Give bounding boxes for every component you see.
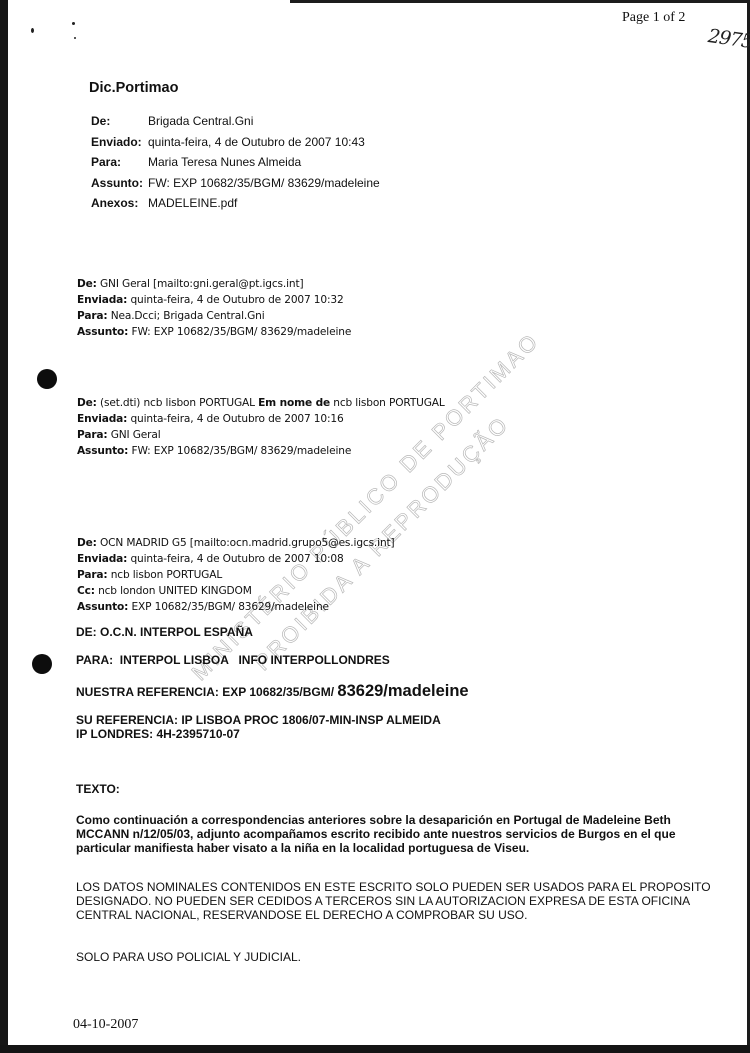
forwarded-header-1: De: GNI Geral [mailto:gni.geral@pt.igcs.…	[77, 276, 351, 340]
header-row-subject: Assunto: FW: EXP 10682/35/BGM/ 83629/mad…	[91, 173, 380, 194]
scan-speck	[74, 37, 76, 39]
fwd-label: Assunto:	[77, 601, 128, 613]
memo-to: PARA: INTERPOL LISBOA INFO INTERPOLLONDR…	[76, 653, 390, 667]
memo-your-reference: SU REFERENCIA: IP LISBOA PROC 1806/07-MI…	[76, 713, 441, 727]
memo-our-reference: NUESTRA REFERENCIA: EXP 10682/35/BGM/ 83…	[76, 682, 469, 701]
attachment-link[interactable]: MADELEINE.pdf	[148, 193, 237, 214]
fwd-label: Enviada:	[77, 553, 127, 565]
fwd-to: ncb lisbon PORTUGAL	[111, 569, 222, 581]
mailbox-title: Dic.Portimao	[89, 80, 178, 96]
fwd-cc: ncb london UNITED KINGDOM	[98, 585, 252, 597]
fwd-on-behalf: ncb lisbon PORTUGAL	[333, 397, 444, 409]
fwd-to: Nea.Dcci; Brigada Central.Gni	[111, 310, 265, 322]
memo-usage-notice: SOLO PARA USO POLICIAL Y JUDICIAL.	[76, 950, 716, 964]
fwd-from: (set.dti) ncb lisbon PORTUGAL	[100, 397, 255, 409]
header-row-to: Para: Maria Teresa Nunes Almeida	[91, 152, 380, 173]
header-row-from: De: Brigada Central.Gni	[91, 111, 380, 132]
header-row-attachments: Anexos: MADELEINE.pdf	[91, 193, 380, 214]
fwd-sent: quinta-feira, 4 de Outubro de 2007 10:16	[130, 413, 343, 425]
fwd-label: Para:	[77, 429, 108, 441]
fwd-to: GNI Geral	[111, 429, 161, 441]
memo-disclaimer: LOS DATOS NOMINALES CONTENIDOS EN ESTE E…	[76, 880, 716, 922]
memo-from: DE: O.C.N. INTERPOL ESPAÑA	[76, 625, 253, 639]
header-value-subject: FW: EXP 10682/35/BGM/ 83629/madeleine	[148, 173, 380, 194]
fwd-from: OCN MADRID G5 [mailto:ocn.madrid.grupo5@…	[100, 537, 395, 549]
fwd-label: Para:	[77, 569, 108, 581]
our-ref-emphasis: 83629/madeleine	[337, 682, 468, 700]
fwd-sent: quinta-feira, 4 de Outubro de 2007 10:32	[130, 294, 343, 306]
fwd-subject: EXP 10682/35/BGM/ 83629/madeleine	[132, 601, 329, 613]
memo-ip-londres: IP LONDRES: 4H-2395710-07	[76, 727, 240, 741]
scan-speck	[72, 22, 75, 25]
header-label: Assunto:	[91, 173, 148, 194]
fwd-subject: FW: EXP 10682/35/BGM/ 83629/madeleine	[132, 326, 352, 338]
forwarded-header-2: De: (set.dti) ncb lisbon PORTUGAL Em nom…	[77, 395, 445, 459]
fwd-label: De:	[77, 397, 97, 409]
header-label: Enviado:	[91, 132, 148, 153]
fwd-subject: FW: EXP 10682/35/BGM/ 83629/madeleine	[132, 445, 352, 457]
footer-date: 04-10-2007	[73, 1017, 138, 1033]
header-value-to: Maria Teresa Nunes Almeida	[148, 152, 301, 173]
hole-punch	[32, 654, 52, 674]
fwd-label: Assunto:	[77, 445, 128, 457]
hole-punch	[37, 369, 57, 389]
forwarded-header-3: De: OCN MADRID G5 [mailto:ocn.madrid.gru…	[77, 535, 395, 615]
memo-body: Como continuación a correspondencias ant…	[76, 813, 716, 855]
header-label: Para:	[91, 152, 148, 173]
email-header-block: De: Brigada Central.Gni Enviado: quinta-…	[91, 111, 380, 214]
header-label: Anexos:	[91, 193, 148, 214]
fwd-sent: quinta-feira, 4 de Outubro de 2007 10:08	[130, 553, 343, 565]
handwritten-page-number: 2975	[707, 25, 750, 53]
our-ref-prefix: NUESTRA REFERENCIA: EXP 10682/35/BGM/	[76, 685, 334, 699]
fwd-label: Enviada:	[77, 294, 127, 306]
memo-texto-label: TEXTO:	[76, 782, 120, 796]
fwd-label: Para:	[77, 310, 108, 322]
scan-edge-left	[0, 0, 8, 1053]
header-label: De:	[91, 111, 148, 132]
header-value-sent: quinta-feira, 4 de Outubro de 2007 10:43	[148, 132, 365, 153]
fwd-label: De:	[77, 278, 97, 290]
scan-edge-top	[290, 0, 750, 3]
scan-speck	[31, 28, 34, 33]
page-indicator: Page 1 of 2	[622, 10, 685, 26]
fwd-label: Cc:	[77, 585, 95, 597]
fwd-label: Assunto:	[77, 326, 128, 338]
header-row-sent: Enviado: quinta-feira, 4 de Outubro de 2…	[91, 132, 380, 153]
fwd-from: GNI Geral [mailto:gni.geral@pt.igcs.int]	[100, 278, 304, 290]
fwd-label: De:	[77, 537, 97, 549]
fwd-label: Enviada:	[77, 413, 127, 425]
header-value-from: Brigada Central.Gni	[148, 111, 253, 132]
fwd-on-behalf-label: Em nome de	[258, 397, 330, 409]
scan-edge-bottom	[0, 1045, 750, 1053]
